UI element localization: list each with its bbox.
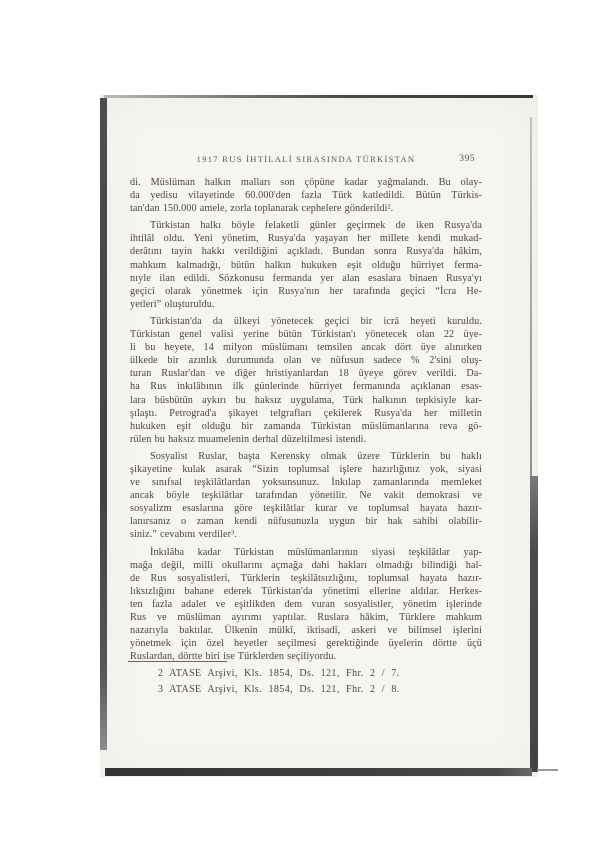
body-line: şılaştı. Petrograd'a şikayet telgrafları… — [130, 407, 482, 420]
body-line: turan Ruslar'dan ve diğer hristiyanlarda… — [130, 367, 482, 380]
scan-edge-bottom-extension — [537, 769, 558, 771]
paragraph: İnkılâba kadar Türkistan müslümanlarının… — [130, 546, 482, 664]
body-line: ten fazla adalet ve eşitlikden dem vuran… — [130, 598, 482, 611]
paragraph: Sosyalist Ruslar, başta Kerensky olmak ü… — [130, 450, 482, 542]
paragraph: di. Müslüman halkın malları son çöpüne k… — [130, 176, 482, 215]
body-line: Rus ve müslüman ayırımı yaptılar. Ruslar… — [130, 611, 482, 624]
body-line: hukuken eşit olduğu bir zamanda Türkista… — [130, 420, 482, 433]
body-line: lara büsbütün aykırı bu haksız uygulama,… — [130, 394, 482, 407]
body-line: ihtilâl oldu. Yeni yönetim, Rusya'da yaş… — [130, 232, 482, 245]
body-line: ha Rus inkılâbının ilk günlerinde hürriy… — [130, 380, 482, 393]
body-line: mahkum kalmadığı, bütün halkın hukuken e… — [130, 259, 482, 272]
body-line: ülkede bir azınlık durumunda olan ve nüf… — [130, 354, 482, 367]
footnote-line: 2 ATASE Arşivi, Kls. 1854, Ds. 121, Fhr.… — [158, 666, 488, 682]
running-header: 1917 RUS İHTİLALİ SIRASINDA TÜRKİSTAN 39… — [130, 154, 482, 166]
page-number: 395 — [459, 154, 475, 164]
body-line: li bu heyete, 14 milyon müslümanı temsil… — [130, 341, 482, 354]
body-line: yetleri” oluşturuldu. — [130, 298, 482, 311]
body-line: sosyalizm esaslarına göre teşkilâtlar ku… — [130, 502, 482, 515]
body-line: tan'dan 150.000 amele, zorla toplanarak … — [130, 202, 482, 215]
scan-edge-left — [100, 98, 107, 750]
body-line: nıyle ilan edildi. Sözkonusu fermanda ye… — [130, 272, 482, 285]
body-line: ancak böyle teşkilâtlar tarafından yönet… — [130, 489, 482, 502]
footnote-separator-rule — [128, 661, 227, 662]
body-line: mağa değil, milli okullarını açmağa dahi… — [130, 559, 482, 572]
body-line: yönetmek için özel heyetler seçilmesi ge… — [130, 637, 482, 650]
scanned-document-canvas: 1917 RUS İHTİLALİ SIRASINDA TÜRKİSTAN 39… — [0, 0, 595, 841]
body-line: şikayetine kulak asarak “Sizin toplumsal… — [130, 463, 482, 476]
body-text: di. Müslüman halkın malları son çöpüne k… — [130, 176, 482, 667]
body-line: de Rus sosyalistleri, Türklerin teşkilât… — [130, 572, 482, 585]
body-line: Türkistan'da da ülkeyi yönetecek geçici … — [130, 315, 482, 328]
body-line: geçici olarak yönetmek için Rusya'nın he… — [130, 285, 482, 298]
scan-edge-right-thin — [530, 117, 532, 477]
paragraph: Türkistan halkı böyle felaketli günler g… — [130, 219, 482, 311]
running-header-title: 1917 RUS İHTİLALİ SIRASINDA TÜRKİSTAN — [130, 154, 482, 164]
scan-edge-right — [530, 476, 538, 772]
book-page: 1917 RUS İHTİLALİ SIRASINDA TÜRKİSTAN 39… — [100, 95, 538, 777]
body-line: Sosyalist Ruslar, başta Kerensky olmak ü… — [130, 450, 482, 463]
body-line: lanırsanız o zaman kendi nüfusunuzla uyg… — [130, 515, 482, 528]
footnote-line: 3 ATASE Arşivi, Kls. 1854, Ds. 121, Fhr.… — [158, 682, 488, 698]
body-line: da yedisu vilayetinde 60.000'den fazla T… — [130, 189, 482, 202]
body-line: İnkılâba kadar Türkistan müslümanlarının… — [130, 546, 482, 559]
body-line: rülen bu haksız muamelenin derhal düzelt… — [130, 433, 482, 446]
body-line: ve sınıfsal teşkilâtlardan yoksunsunuz. … — [130, 476, 482, 489]
paragraph: Türkistan'da da ülkeyi yönetecek geçici … — [130, 315, 482, 446]
scan-edge-bottom — [105, 768, 532, 776]
body-line: Türkistan halkı böyle felaketli günler g… — [130, 219, 482, 232]
body-line: siniz.” cevabını verdiler³. — [130, 528, 482, 541]
scan-edge-top — [104, 95, 533, 98]
body-line: nazarıyla baktılar. Ülkenin mülkî, iktis… — [130, 624, 482, 637]
body-line: Türkistan genel valisi yerine bütün Türk… — [130, 328, 482, 341]
body-line: lıksızlığını bahane ederek Türkistan'da … — [130, 585, 482, 598]
body-line: di. Müslüman halkın malları son çöpüne k… — [130, 176, 482, 189]
footnotes: 2 ATASE Arşivi, Kls. 1854, Ds. 121, Fhr.… — [158, 666, 488, 697]
body-line: derâtını tayin hakkı verildiğini açıklad… — [130, 245, 482, 258]
